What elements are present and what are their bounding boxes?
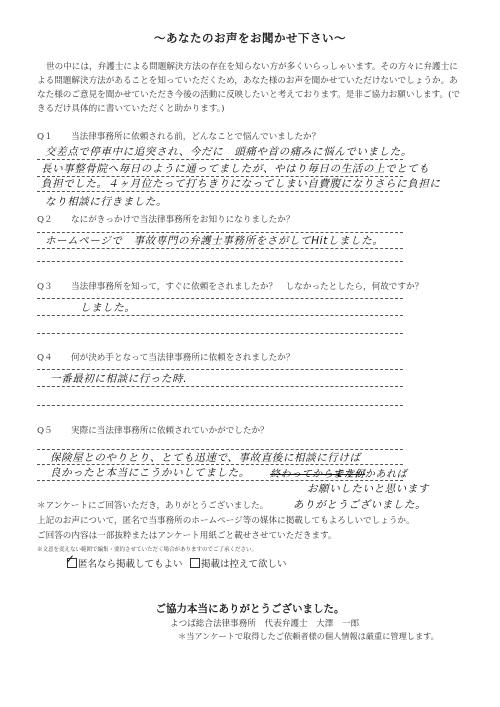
privacy-note: ＊当アンケートで取得したご依頼者様の個人情報は厳重に管理します。: [178, 631, 439, 642]
answer-line: 交差点で停車中に追突され、今だに 頭痛や首の痛みに悩んでいました。: [45, 144, 412, 159]
closing-message: ご協力本当にありがとうございました。: [0, 601, 500, 616]
question-text: 当法律事務所を知って，すぐに依頼をされましたか？ しなかったとしたら，何故ですか…: [71, 282, 423, 292]
option-decline[interactable]: 掲載は控えて欲しい: [190, 556, 287, 570]
answer-line: お願いしたいと思います: [307, 481, 429, 496]
thanks-note: ＊アンケートにご回答いただき，ありがとうございました。: [37, 499, 268, 511]
checkbox-checked[interactable]: [67, 558, 77, 568]
question-number: Q４: [37, 351, 71, 363]
question-number: Q１: [37, 130, 71, 142]
question-text: なにがきっかけで当法律事務所をお知りになりましたか？: [71, 215, 294, 225]
answer-rule: [37, 191, 403, 192]
answer-line: 保険屋とのやりとり、とても迅速で、事故直後に相談に行けば: [50, 450, 361, 465]
question-number: Q２: [37, 213, 71, 225]
question-number: Q３: [37, 280, 71, 292]
page-title: ～あなたのお声をお聞かせ下さい～: [0, 30, 500, 46]
intro-paragraph: 世の中には，弁護士による問題解決方法の存在を知らない方が多くいらっしゃいます。そ…: [37, 60, 462, 116]
answer-line: ありがとうございました。: [293, 497, 426, 512]
answer-rule: [37, 333, 403, 334]
answer-line: ホームページで 事故専門の弁護士事務所をさがしてHitしました。: [45, 233, 383, 248]
answer-line: しました。: [80, 300, 136, 315]
answer-rule: [37, 298, 403, 299]
question-3: Q３当法律事務所を知って，すぐに依頼をされましたか？ しなかったとしたら，何故で…: [37, 280, 423, 292]
checkbox-unchecked[interactable]: [190, 558, 200, 568]
answer-rule: [37, 386, 403, 387]
answer-line: 一番最初に相談に行った時.: [50, 371, 187, 386]
question-text: 当法律事務所に依頼される前，どんなことで悩んでいましたか？: [71, 132, 320, 142]
question-text: 何が決め手となって当法律事務所に依頼をされましたか？: [71, 353, 294, 363]
signature: よつば総合法律事務所 代表弁護士 大澤 一郎: [170, 617, 359, 629]
answer-line: なり相談に行きました。: [45, 194, 167, 209]
answer-rule: [37, 261, 403, 262]
publish-question: 上記のお声について，匿名で当事務所のホームページ等の媒体に掲載してもよろしいでし…: [37, 514, 415, 526]
option-anonymous[interactable]: 匿名なら掲載してもよい: [67, 556, 183, 570]
answer-line: また何かあれば: [333, 465, 407, 480]
answer-rule: [37, 369, 403, 370]
question-2: Q２なにがきっかけで当法律事務所をお知りになりましたか？: [37, 213, 294, 225]
answer-rule: [37, 159, 403, 160]
option-label: 掲載は控えて欲しい: [201, 559, 287, 570]
question-5: Q５実際に当法律事務所に依頼されていかがでしたか？: [37, 424, 269, 436]
answer-line: 長い事整骨院へ毎日のように通ってましたが、やはり毎日の生活の上でとても: [41, 161, 430, 176]
publish-detail: ご回答の内容は一部抜粋またはアンケート用紙ごと載せさせていただきます。: [37, 529, 337, 541]
intro-text: 世の中には，弁護士による問題解決方法の存在を知らない方が多くいらっしゃいます。そ…: [37, 60, 462, 116]
question-4: Q４何が決め手となって当法律事務所に依頼をされましたか？: [37, 351, 294, 363]
answer-rule: [37, 315, 403, 316]
answer-line: 良かったと本当にこうかいしてました。: [50, 465, 250, 480]
question-number: Q５: [37, 424, 71, 436]
question-1: Q１当法律事務所に依頼される前，どんなことで悩んでいましたか？: [37, 130, 320, 142]
question-text: 実際に当法律事務所に依頼されていかがでしたか？: [71, 426, 269, 436]
option-label: 匿名なら掲載してもよい: [78, 559, 183, 570]
answer-rule: [37, 248, 403, 249]
answer-line: 負担でした。４ヶ月位たって打ちきりになってしまい自費腹になりさらに負担に: [41, 176, 441, 191]
answer-rule: [37, 405, 403, 406]
